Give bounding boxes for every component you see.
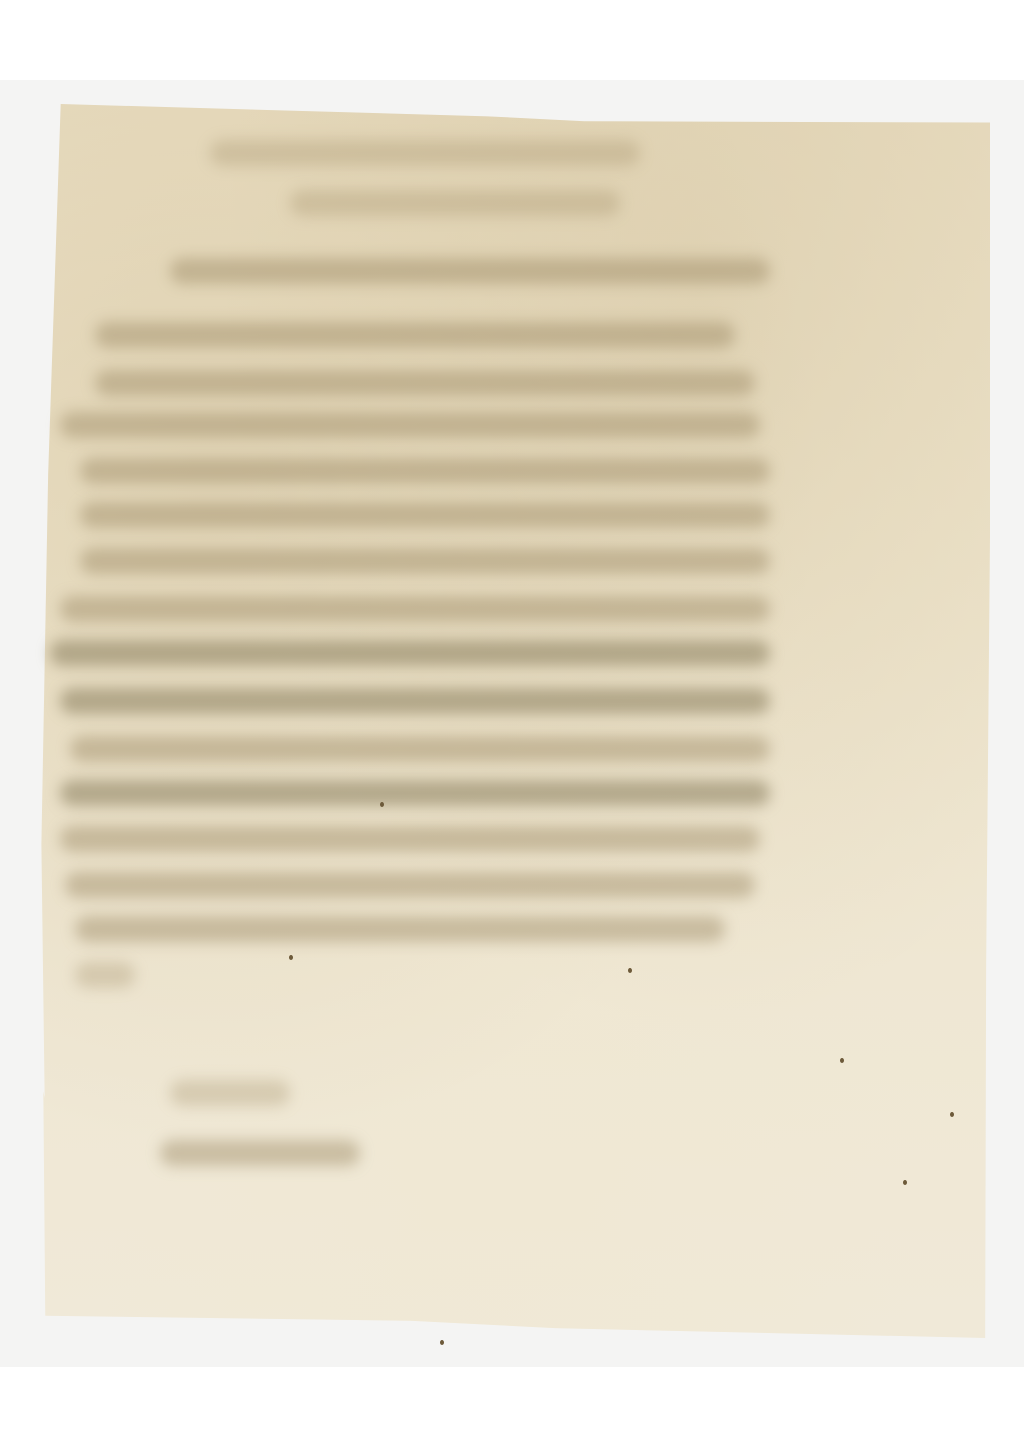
handwriting-line xyxy=(170,1080,290,1106)
handwriting-line xyxy=(80,458,770,484)
handwriting-line xyxy=(290,190,620,216)
handwriting-line xyxy=(60,780,770,806)
handwriting-line xyxy=(95,322,735,348)
handwriting-line xyxy=(170,258,770,284)
paper-speck xyxy=(903,1180,907,1185)
handwriting-line xyxy=(50,640,770,666)
handwriting-line xyxy=(80,548,770,574)
handwriting-line xyxy=(60,412,760,438)
handwriting-line xyxy=(65,872,755,898)
paper-speck xyxy=(440,1340,444,1345)
handwriting-line xyxy=(80,502,770,528)
handwriting-line xyxy=(60,688,770,714)
paper-speck xyxy=(628,968,632,973)
handwriting-line xyxy=(210,140,640,166)
paper-speck xyxy=(950,1112,954,1117)
handwriting-line xyxy=(95,370,755,396)
paper-speck xyxy=(840,1058,844,1063)
handwriting-line xyxy=(160,1140,360,1166)
paper-speck xyxy=(380,802,384,807)
handwriting-line xyxy=(75,916,725,942)
handwriting-line xyxy=(60,826,760,852)
handwriting-line xyxy=(60,596,770,622)
handwriting-line xyxy=(70,736,770,762)
handwriting-line xyxy=(75,962,135,988)
paper-speck xyxy=(289,955,293,960)
